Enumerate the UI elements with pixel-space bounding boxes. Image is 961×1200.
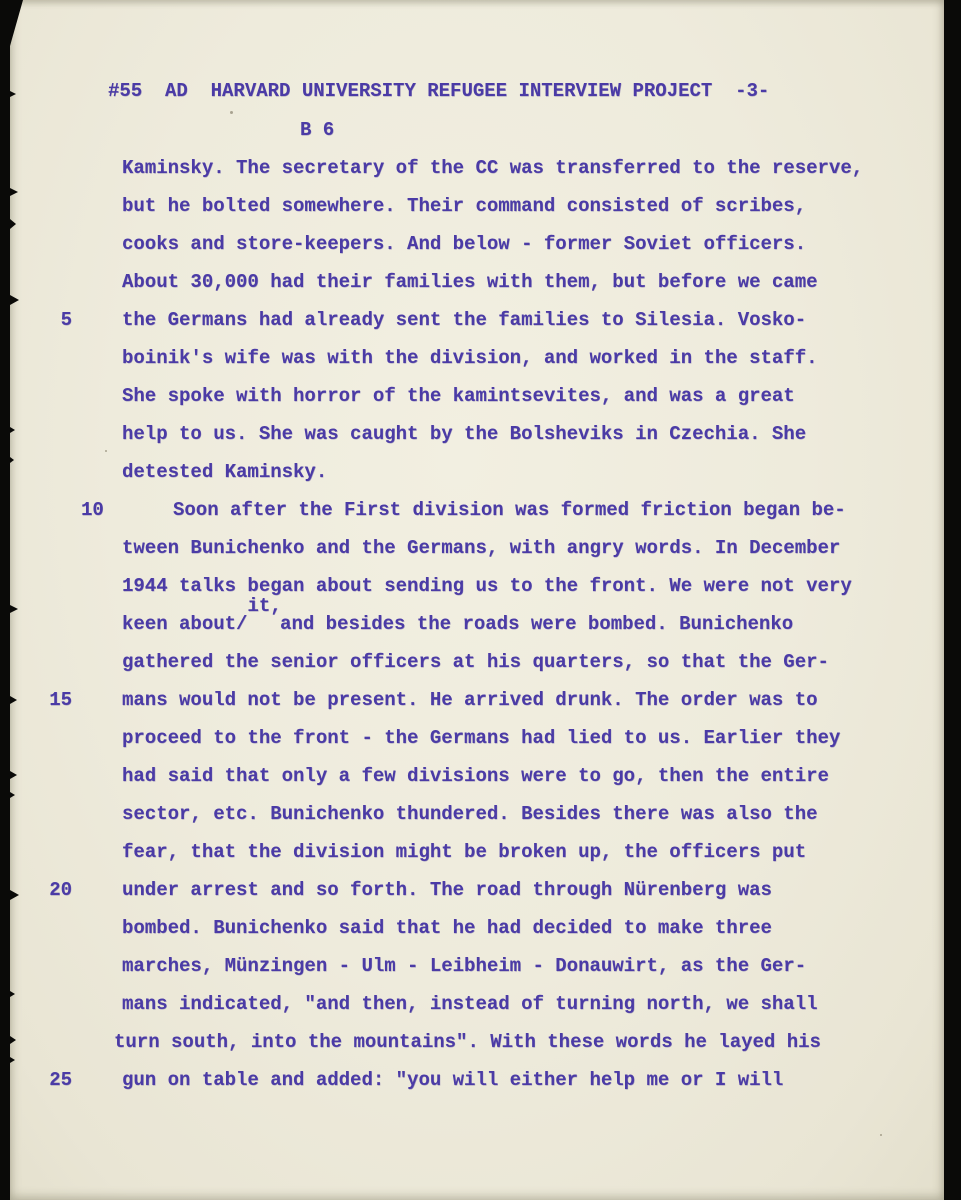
typed-line: Kaminsky. The secretary of the CC was tr… xyxy=(10,149,944,187)
typed-line: bombed. Bunichenko said that he had deci… xyxy=(10,909,944,947)
inserted-word-above-line: it, xyxy=(247,587,281,625)
typed-line: 15mans would not be present. He arrived … xyxy=(10,681,944,719)
typed-text: proceed to the front - the Germans had l… xyxy=(122,727,840,749)
typed-text: gathered the senior officers at his quar… xyxy=(122,651,829,673)
typed-text: Kaminsky. The secretary of the CC was tr… xyxy=(122,157,863,179)
typed-line: fear, that the division might be broken … xyxy=(10,833,944,871)
scanned-document-page: #55 AD HARVARD UNIVERSITY REFUGEE INTERV… xyxy=(0,0,961,1200)
typed-line: but he bolted somewhere. Their command c… xyxy=(10,187,944,225)
typed-line: About 30,000 had their families with the… xyxy=(10,263,944,301)
typed-text: had said that only a few divisions were … xyxy=(122,765,829,787)
page-header: #55 AD HARVARD UNIVERSITY REFUGEE INTERV… xyxy=(108,81,769,101)
typed-text: fear, that the division might be broken … xyxy=(122,841,806,863)
typed-line: tween Bunichenko and the Germans, with a… xyxy=(10,529,944,567)
typed-line: proceed to the front - the Germans had l… xyxy=(10,719,944,757)
typed-text: but he bolted somewhere. Their command c… xyxy=(122,195,806,217)
typed-text: detested Kaminsky. xyxy=(122,461,327,483)
typed-line: She spoke with horror of the kamintsevit… xyxy=(10,377,944,415)
typed-line: help to us. She was caught by the Bolshe… xyxy=(10,415,944,453)
typed-text: under arrest and so forth. The road thro… xyxy=(122,879,772,901)
line-number: 20 xyxy=(30,871,72,909)
typed-line: cooks and store-keepers. And below - for… xyxy=(10,225,944,263)
typed-text: marches, Münzingen - Ulm - Leibheim - Do… xyxy=(122,955,806,977)
typed-text: sector, etc. Bunichenko thundered. Besid… xyxy=(122,803,818,825)
typed-line: sector, etc. Bunichenko thundered. Besid… xyxy=(10,795,944,833)
typed-text: turn south, into the mountains". With th… xyxy=(114,1031,821,1053)
line-number: 5 xyxy=(30,301,72,339)
typed-text: bombed. Bunichenko said that he had deci… xyxy=(122,917,772,939)
typed-line: 1944 talks began about sending us to the… xyxy=(10,567,944,605)
typed-text: 1944 talks began about sending us to the… xyxy=(122,575,852,597)
typed-line: had said that only a few divisions were … xyxy=(10,757,944,795)
typed-line: gathered the senior officers at his quar… xyxy=(10,643,944,681)
typed-text: gun on table and added: "you will either… xyxy=(122,1069,783,1091)
typed-line: marches, Münzingen - Ulm - Leibheim - Do… xyxy=(10,947,944,985)
typed-text: mans would not be present. He arrived dr… xyxy=(122,689,818,711)
typed-line: 10Soon after the First division was form… xyxy=(10,491,944,529)
line-number: 10 xyxy=(30,491,72,529)
typed-text: cooks and store-keepers. And below - for… xyxy=(122,233,806,255)
typed-text: She spoke with horror of the kamintsevit… xyxy=(122,385,795,407)
typed-text: mans indicated, "and then, instead of tu… xyxy=(122,993,818,1015)
paper-speck xyxy=(230,111,233,114)
edge-tear-mark xyxy=(10,91,16,97)
typed-line: keen about/it, and besides the roads wer… xyxy=(10,605,944,643)
paper: #55 AD HARVARD UNIVERSITY REFUGEE INTERV… xyxy=(10,0,944,1200)
typed-line: boinik's wife was with the division, and… xyxy=(10,339,944,377)
typed-text: the Germans had already sent the familie… xyxy=(122,309,806,331)
line-number: 15 xyxy=(30,681,72,719)
typed-text: and besides the roads were bombed. Bunic… xyxy=(269,613,794,635)
typed-text: Soon after the First division was formed… xyxy=(173,499,846,521)
typed-line: 25gun on table and added: "you will eith… xyxy=(10,1061,944,1099)
typed-line: mans indicated, "and then, instead of tu… xyxy=(10,985,944,1023)
line-number: 25 xyxy=(30,1061,72,1099)
typed-line: detested Kaminsky. xyxy=(10,453,944,491)
section-label: B 6 xyxy=(300,120,334,140)
paper-speck xyxy=(880,1134,882,1136)
typed-text-body: Kaminsky. The secretary of the CC was tr… xyxy=(10,149,944,1099)
typed-line: turn south, into the mountains". With th… xyxy=(10,1023,944,1061)
typed-text: keen about/ xyxy=(122,613,247,635)
typed-line: 20under arrest and so forth. The road th… xyxy=(10,871,944,909)
typed-text: help to us. She was caught by the Bolshe… xyxy=(122,423,806,445)
typed-line: 5the Germans had already sent the famili… xyxy=(10,301,944,339)
typed-text: About 30,000 had their families with the… xyxy=(122,271,818,293)
typed-text: boinik's wife was with the division, and… xyxy=(122,347,818,369)
corner-tear-mark xyxy=(10,0,23,46)
typed-text: tween Bunichenko and the Germans, with a… xyxy=(122,537,840,559)
